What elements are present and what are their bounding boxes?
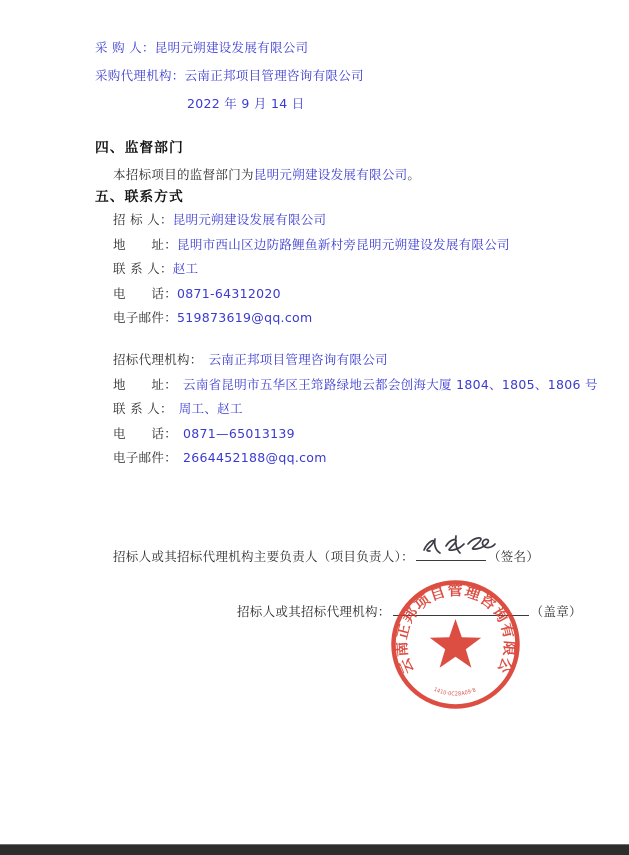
- field-label: 地 址：: [113, 377, 177, 392]
- field-value: 云南省昆明市五华区王筇路绿地云都会创海大厦 1804、1805、1806 号: [183, 377, 598, 392]
- tenderer-row: 联 系 人：赵工: [113, 261, 198, 276]
- procurement-agency-line: 采购代理机构：云南正邦项目管理咨询有限公司: [95, 68, 364, 83]
- field-label: 联 系 人：: [113, 261, 173, 276]
- field-value: 0871—65013139: [183, 426, 295, 441]
- field-value: 0871-64312020: [177, 286, 281, 301]
- seal-star: [430, 619, 481, 668]
- field-label: 电子邮件：: [113, 450, 177, 465]
- field-value: 519873619@qq.com: [177, 310, 312, 325]
- date-line: 2022 年 9 月 14 日: [187, 96, 305, 111]
- seal-line-suffix: （盖章）: [531, 604, 582, 619]
- tenderer-row: 电 话：0871-64312020: [113, 286, 281, 301]
- field-value: 周工、赵工: [179, 401, 243, 416]
- field-label: 地 址：: [113, 237, 177, 252]
- field-value: 云南正邦项目管理咨询有限公司: [209, 352, 388, 367]
- tenderer-row: 招 标 人：昆明元朔建设发展有限公司: [113, 212, 326, 227]
- field-label: 电 话：: [113, 286, 177, 301]
- seal-code-text: 1410·0C28A09·8: [433, 687, 478, 698]
- section4-body: 本招标项目的监督部门为昆明元朔建设发展有限公司。: [113, 167, 420, 182]
- agency-row: 电 话：0871—65013139: [113, 426, 295, 441]
- section5-heading: 五、联系方式: [95, 190, 184, 205]
- field-label: 招标代理机构：: [113, 352, 203, 367]
- signature-line-label: 招标人或其招标代理机构主要负责人（项目负责人）：: [113, 549, 414, 564]
- field-value: 昆明元朔建设发展有限公司: [173, 212, 327, 227]
- agency-row: 联 系 人：周工、赵工: [113, 401, 243, 416]
- handwritten-signature: [418, 532, 498, 562]
- seal-company-text: 云南正邦项目管理咨询有限公司: [388, 577, 518, 676]
- purchaser-value: 昆明元朔建设发展有限公司: [155, 40, 309, 55]
- field-label: 电 话：: [113, 426, 177, 441]
- field-value: 2664452188@qq.com: [183, 450, 327, 465]
- section4-heading: 四、监督部门: [95, 141, 184, 156]
- field-label: 招 标 人：: [113, 212, 173, 227]
- purchaser-line: 采 购 人：昆明元朔建设发展有限公司: [95, 40, 308, 55]
- field-value: 昆明市西山区边防路鲤鱼新村旁昆明元朔建设发展有限公司: [177, 237, 510, 252]
- svg-text:云南正邦项目管理咨询有限公司: 云南正邦项目管理咨询有限公司: [388, 577, 518, 676]
- purchaser-label: 采 购 人：: [95, 40, 155, 55]
- section4-body-company: 昆明元朔建设发展有限公司: [254, 167, 408, 182]
- field-value: 赵工: [173, 261, 199, 276]
- procurement-agency-label: 采购代理机构：: [95, 68, 185, 83]
- agency-row: 电子邮件：2664452188@qq.com: [113, 450, 327, 465]
- procurement-agency-value: 云南正邦项目管理咨询有限公司: [185, 68, 364, 83]
- tenderer-row: 地 址：昆明市西山区边防路鲤鱼新村旁昆明元朔建设发展有限公司: [113, 237, 510, 252]
- svg-text:1410·0C28A09·8: 1410·0C28A09·8: [433, 687, 478, 698]
- document-date: 2022 年 9 月 14 日: [187, 96, 305, 111]
- seal-line-label: 招标人或其招标代理机构：: [237, 604, 391, 619]
- field-label: 电子邮件：: [113, 310, 177, 325]
- section4-body-prefix: 本招标项目的监督部门为: [113, 167, 254, 182]
- viewer-bottom-edge: [0, 844, 629, 855]
- field-label: 联 系 人：: [113, 401, 173, 416]
- section4-body-suffix: 。: [407, 167, 420, 182]
- tenderer-row: 电子邮件：519873619@qq.com: [113, 310, 312, 325]
- document-page: 采 购 人：昆明元朔建设发展有限公司 采购代理机构：云南正邦项目管理咨询有限公司…: [0, 0, 629, 855]
- agency-row: 地 址：云南省昆明市五华区王筇路绿地云都会创海大厦 1804、1805、1806…: [113, 377, 598, 392]
- company-seal-stamp: 云南正邦项目管理咨询有限公司 1410·0C28A09·8: [388, 577, 524, 713]
- agency-row: 招标代理机构：云南正邦项目管理咨询有限公司: [113, 352, 388, 367]
